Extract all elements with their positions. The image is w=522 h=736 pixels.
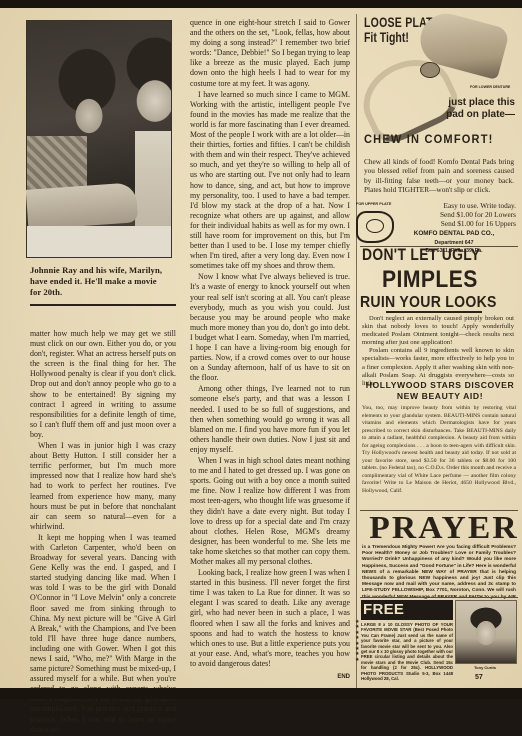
couple-photo: [26, 20, 172, 258]
headline-underline: [386, 311, 482, 313]
lower-denture-label: FOR LOWER DENTURE: [470, 85, 510, 89]
dental-pad-icon: [420, 62, 440, 78]
beautimins-headline-1: HOLLYWOOD STARS DISCOVER: [362, 380, 518, 390]
ad-divider: [360, 597, 518, 598]
upper-plate-label: FOR UPPER PLATE: [356, 202, 391, 206]
beautimins-body: You, too, may improve beauty from within…: [362, 405, 516, 495]
page-number: 57: [475, 674, 483, 681]
scan-bottom-edge: [0, 688, 522, 699]
article-paragraph: When I was in junior high I was crazy ab…: [30, 441, 176, 532]
article-paragraph: Among other things, I've learned not to …: [190, 384, 350, 455]
article-paragraph: Looking back, I realize how green I was …: [190, 568, 350, 669]
poslam-headline-1: DON'T LET UGLY: [362, 247, 480, 264]
article-paragraph: I have learned so much since I came to M…: [190, 90, 350, 272]
scan-top-edge: [0, 0, 522, 8]
free-photo-headline: FREE PHOTO: [361, 600, 453, 620]
poslam-headline-3: RUIN YOUR LOOKS: [360, 294, 497, 311]
star-bullets-icon: ★★★★★★★★: [355, 620, 359, 663]
photo-table-detail: [27, 226, 171, 257]
komfo-company-name: KOMFO DENTAL PAD CO.,: [392, 230, 516, 239]
article-paragraph: quence in one eight-hour stretch I said …: [190, 18, 350, 89]
komfo-order-info: Easy to use. Write today. Send $1.00 for…: [392, 201, 516, 228]
divider-rule: [30, 304, 176, 306]
article-column-2: quence in one eight-hour stretch I said …: [190, 18, 350, 682]
article-paragraph: Now I know what I've always believed is …: [190, 272, 350, 383]
komfo-body: Chew all kinds of food! Komfo Dental Pad…: [364, 157, 514, 195]
photo-arm-detail: [26, 182, 139, 230]
komfo-instruction: just place this pad on plate—: [433, 97, 515, 120]
poslam-body: Don't neglect an externally caused pimpl…: [362, 315, 514, 388]
poslam-paragraph: Don't neglect an externally caused pimpl…: [362, 315, 514, 347]
article-paragraph: It kept me hopping when I was teamed wit…: [30, 533, 176, 699]
komfo-headline-2: Fit Tight!: [364, 31, 409, 45]
komfo-order-line: Send $1.00 for 20 Lowers: [392, 210, 516, 219]
free-photo-body: LARGE 8 x 10 GLOSSY PHOTO OF YOUR FAVORI…: [361, 622, 453, 681]
star-portrait-photo: [455, 600, 517, 664]
poslam-headline-2: PIMPLES: [382, 267, 478, 292]
upper-plate-icon: [356, 211, 394, 243]
photo-caption: Johnnie Ray and his wife, Marilyn, have …: [30, 265, 170, 298]
prayer-headline: PRAYER: [360, 511, 522, 543]
article-column-1: matter how much help we may get we still…: [30, 329, 176, 699]
star-portrait-caption: Tony Curtis: [455, 665, 515, 670]
komfo-order-line: Send $1.00 for 16 Uppers: [392, 219, 516, 228]
column-separator: [356, 14, 357, 690]
komfo-order-line: Easy to use. Write today.: [392, 201, 516, 210]
article-paragraph: When I was in high school dates meant no…: [190, 456, 350, 567]
komfo-subhead: CHEW IN COMFORT!: [364, 132, 494, 146]
end-mark: END: [337, 672, 350, 682]
beautimins-headline-2: NEW BEAUTY AID!: [362, 391, 518, 401]
article-paragraph: matter how much help we may get we still…: [30, 329, 176, 440]
